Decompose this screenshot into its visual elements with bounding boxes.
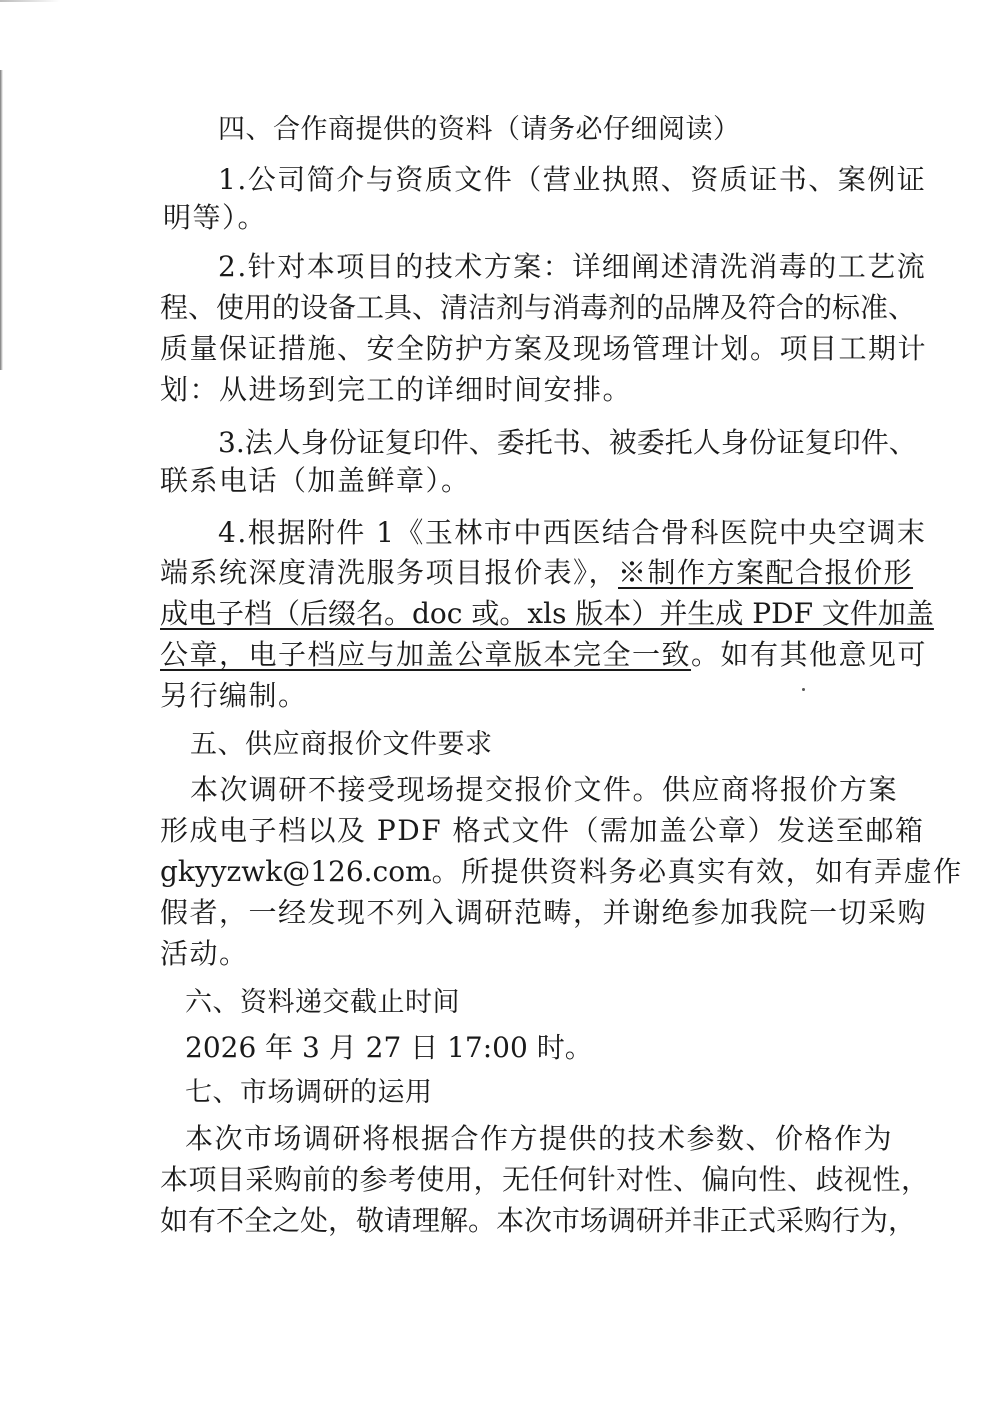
item4-line4-underlined: 公章，电子档应与加盖公章版本完全一致 — [160, 638, 691, 671]
scan-speck — [802, 688, 805, 691]
section7-line1: 本次市场调研将根据合作方提供的技术参数、价格作为 — [185, 1121, 893, 1157]
document-page: 四、合作商提供的资料（请务必仔细阅读） 1.公司简介与资质文件（营业执照、资质证… — [0, 0, 1000, 1403]
section7-line2: 本项目采购前的参考使用，无任何针对性、偏向性、歧视性， — [160, 1162, 930, 1198]
scan-edge-shadow — [0, 70, 3, 370]
item4-line4: 公章，电子档应与加盖公章版本完全一致。如有其他意见可 — [160, 637, 927, 673]
contact-email: gkyyzwk@126.com — [160, 855, 432, 888]
item1-line1: 1.公司简介与资质文件（营业执照、资质证书、案例证 — [218, 162, 926, 198]
section7-line3: 如有不全之处，敬请理解。本次市场调研并非正式采购行为， — [160, 1203, 916, 1239]
item2-line4: 划：从进场到完工的详细时间安排。 — [160, 372, 632, 408]
item3-line1: 3.法人身份证复印件、委托书、被委托人身份证复印件、 — [218, 425, 917, 461]
item4-line2-underlined: ※制作方案配合报价形 — [618, 556, 913, 589]
item4-line5: 另行编制。 — [160, 678, 308, 714]
section5-heading: 五、供应商报价文件要求 — [190, 727, 493, 763]
section5-line3: gkyyzwk@126.com。所提供资料务必真实有效，如有弄虚作 — [160, 854, 963, 890]
item3-line2: 联系电话（加盖鲜章）。 — [160, 463, 471, 499]
section4-heading: 四、合作商提供的资料（请务必仔细阅读） — [218, 112, 741, 148]
item4-line3: 成电子档（后缀名。doc 或。xls 版本）并生成 PDF 文件加盖 — [160, 596, 934, 632]
item4-line4-plain: 。如有其他意见可 — [691, 638, 927, 671]
scan-edge-shadow-top — [0, 0, 60, 2]
section5-line3-rest: 。所提供资料务必真实有效，如有弄虚作 — [432, 855, 963, 888]
item2-line2: 程、使用的设备工具、清洁剂与消毒剂的品牌及符合的标准、 — [160, 290, 916, 326]
item1-line2: 明等）。 — [163, 200, 267, 236]
item2-line1: 2.针对本项目的技术方案：详细阐述清洗消毒的工艺流 — [218, 249, 926, 285]
section5-line1: 本次调研不接受现场提交报价文件。供应商将报价方案 — [190, 772, 898, 808]
section7-heading: 七、市场调研的运用 — [185, 1075, 433, 1111]
section5-line2: 形成电子档以及 PDF 格式文件（需加盖公章）发送至邮箱 — [160, 813, 925, 849]
section6-heading: 六、资料递交截止时间 — [185, 985, 460, 1021]
item4-line2-plain: 端系统深度清洗服务项目报价表》， — [160, 556, 618, 589]
item2-line3: 质量保证措施、安全防护方案及现场管理计划。项目工期计 — [160, 331, 927, 367]
section5-line4: 假者，一经发现不列入调研范畴，并谢绝参加我院一切采购 — [160, 895, 927, 931]
deadline: 2026 年 3 月 27 日 17:00 时。 — [185, 1030, 593, 1066]
section5-line5: 活动。 — [160, 936, 249, 972]
item4-line2: 端系统深度清洗服务项目报价表》，※制作方案配合报价形 — [160, 555, 913, 591]
item4-line1: 4.根据附件 1《玉林市中西医结合骨科医院中央空调末 — [218, 515, 926, 551]
